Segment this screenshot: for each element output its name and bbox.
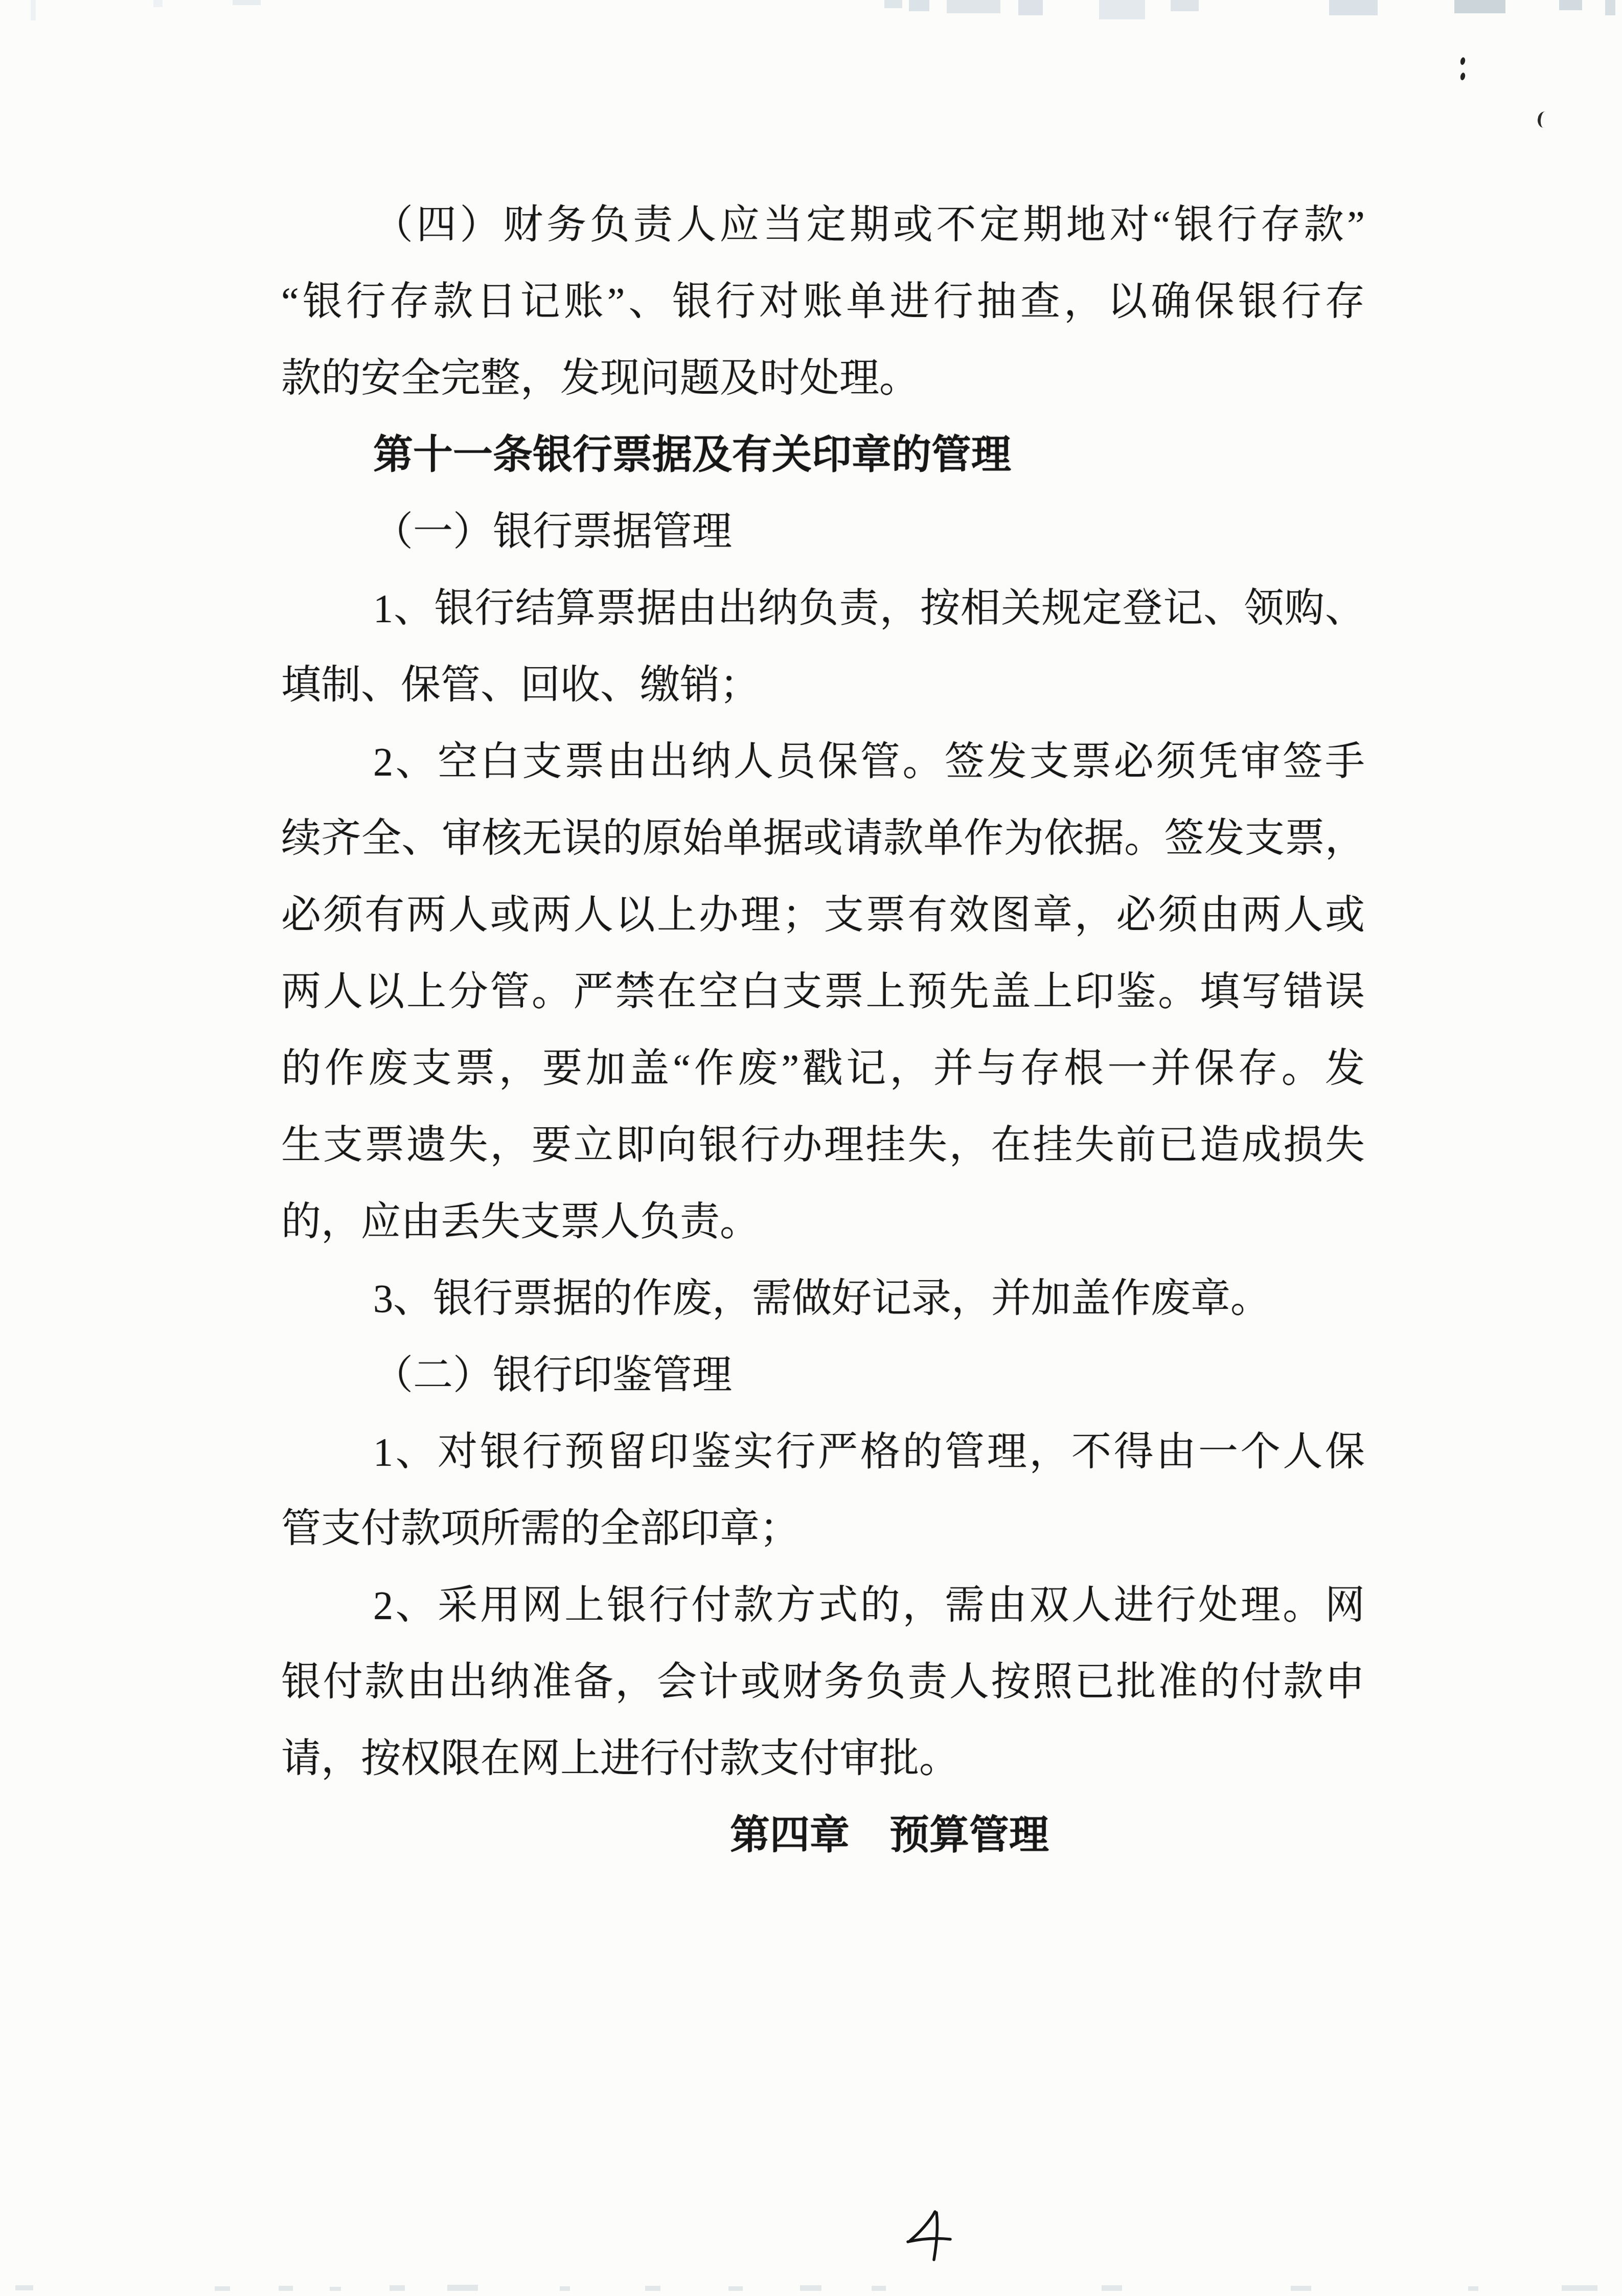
text-line: 续齐全、审核无误的原始单据或请款单作为依据。签发支票， [281,800,1365,877]
scan-artifact [15,2285,33,2290]
text-line: 请，按权限在网上进行付款支付审批。 [281,1720,1365,1797]
text-line: 两人以上分管。严禁在空白支票上预先盖上印鉴。填写错误 [281,953,1365,1030]
scan-artifact [1605,0,1615,15]
scan-artifact [947,0,1000,13]
document-body: （四）财务负责人应当定期或不定期地对“银行存款” “银行存款日记账”、银行对账单… [281,187,1365,1874]
scan-artifact [215,2286,230,2291]
scan-artifact [560,2286,570,2291]
text-line: 3、银行票据的作废，需做好记录，并加盖作废章。 [281,1260,1365,1337]
ink-apostrophe-mark [1537,111,1550,128]
scan-artifact [279,2286,293,2291]
text-line: 必须有两人或两人以上办理；支票有效图章，必须由两人或 [281,877,1365,953]
scan-artifact [1329,0,1378,15]
chapter-heading: 第四章 预算管理 [348,1797,1431,1874]
text-line: 2、空白支票由出纳人员保管。签发支票必须凭审签手 [281,723,1365,800]
ink-dot [1460,57,1466,65]
scan-artifact [233,0,261,5]
text-line: 银付款由出纳准备，会计或财务负责人按照已批准的付款申 [281,1644,1365,1720]
scan-artifact [330,2287,341,2291]
ink-dot [1460,72,1466,81]
scan-artifact [1562,2285,1597,2291]
scan-artifact [390,2285,405,2291]
scan-artifact [728,2286,743,2291]
text-line: 填制、保管、回收、缴销； [281,647,1365,723]
scan-artifact [1099,0,1145,19]
scan-artifact [1171,0,1199,11]
scan-artifact [1559,0,1582,10]
text-line: 的作废支票，要加盖“作废”戳记，并与存根一并保存。发 [281,1030,1365,1107]
text-line: 1、银行结算票据由出纳负责，按相关规定登记、领购、 [281,570,1365,647]
scan-artifact [1018,0,1043,15]
ink-colon-mark [1460,57,1466,82]
scan-artifact [1454,0,1505,13]
text-line: 管支付款项所需的全部印章； [281,1490,1365,1567]
scan-artifact [1102,2285,1122,2291]
text-line: 2、采用网上银行付款方式的，需由双人进行处理。网 [281,1567,1365,1644]
scan-artifact [1291,2286,1311,2291]
text-line: “银行存款日记账”、银行对账单进行抽查，以确保银行存 [281,263,1365,340]
scan-artifact [800,2285,821,2291]
scan-artifact [1468,2286,1478,2291]
scan-artifact [909,0,929,11]
scan-artifact [872,2286,886,2291]
scan-artifact [447,2285,478,2291]
scan-artifact [153,0,163,7]
section-heading: 第十一条银行票据及有关印章的管理 [281,417,1365,493]
text-line: （四）财务负责人应当定期或不定期地对“银行存款” [281,187,1365,263]
subsection-heading: （一）银行票据管理 [281,493,1365,570]
text-line: 生支票遗失，要立即向银行办理挂失，在挂失前已造成损失 [281,1107,1365,1184]
scanned-document-page: （四）财务负责人应当定期或不定期地对“银行存款” “银行存款日记账”、银行对账单… [0,0,1622,2296]
scan-artifact [31,0,36,20]
subsection-heading: （二）银行印鉴管理 [281,1337,1365,1414]
scan-artifact [884,0,902,8]
text-line: 1、对银行预留印鉴实行严格的管理，不得由一个人保 [281,1414,1365,1490]
scan-artifact [645,2286,660,2291]
text-line: 款的安全完整，发现问题及时处理。 [281,340,1365,417]
handwritten-4-glyph [906,2208,954,2264]
text-line: 的，应由丢失支票人负责。 [281,1184,1365,1260]
page-number [906,2208,954,2264]
